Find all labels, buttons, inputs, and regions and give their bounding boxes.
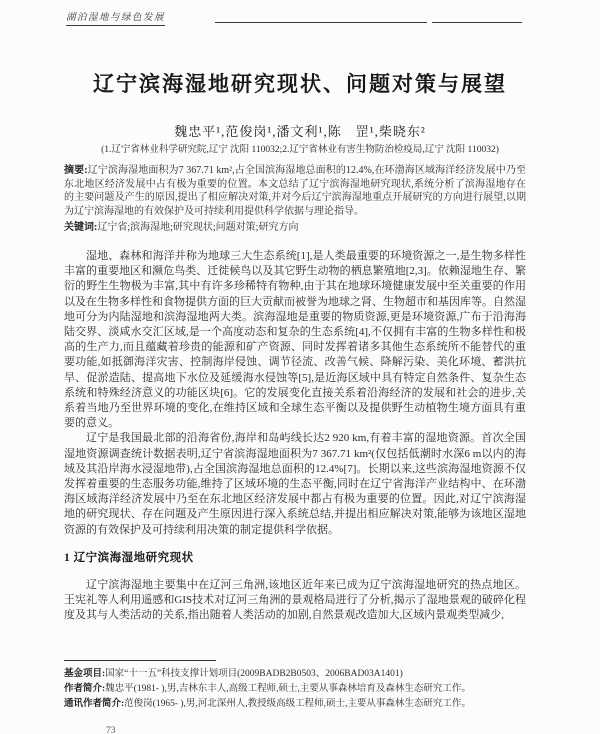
header-rule xyxy=(215,22,427,23)
author-bio-label: 作者简介: xyxy=(64,684,105,694)
affiliation-line: (1.辽宁省林业科学研究院,辽宁 沈阳 110032;2.辽宁省林业有害生物防治… xyxy=(0,141,600,155)
author-bio-line: 作者简介:魏忠平(1981- ),男,吉林东丰人,高级工程师,硕士,主要从事森林… xyxy=(64,682,526,697)
abstract-block: 摘要:辽宁滨海湿地面积为7 367.71 km²,占全国滨海湿地总面积的12.4… xyxy=(64,164,526,218)
journal-running-head: 湖泊湿地与绿色发展 xyxy=(66,9,165,26)
section-1-paragraph: 辽宁滨海湿地主要集中在辽河三角洲,该地区近年来已成为辽宁滨海湿地研究的热点地区。… xyxy=(64,578,526,624)
authors-line: 魏忠平¹,范俊岗¹,潘文利¹,陈 罡¹,柴晓东² xyxy=(0,121,600,140)
scanned-paper-page: 湖泊湿地与绿色发展 辽宁滨海湿地研究现状、问题对策与展望 魏忠平¹,范俊岗¹,潘… xyxy=(0,0,600,734)
section-1-heading: 1 辽宁滨海湿地研究现状 xyxy=(64,551,526,566)
author-bio-text: 魏忠平(1981- ),男,吉林东丰人,高级工程师,硕士,主要从事森林培育及森林… xyxy=(105,684,471,694)
fund-label: 基金项目: xyxy=(64,669,105,679)
keywords-block: 关键词:辽宁省;滨海湿地;研究现状;问题对策;研究方向 xyxy=(64,221,526,235)
article-body: 湿地、森林和海洋并称为地球三大生态系统[1],是人类最重要的环境资源之一,是生物… xyxy=(64,249,526,624)
keywords-text: 辽宁省;滨海湿地;研究现状;问题对策;研究方向 xyxy=(97,222,298,233)
header-rule xyxy=(432,22,522,23)
abstract-label: 摘要: xyxy=(64,165,88,176)
footnotes-block: 基金项目:国家“十一五”科技支撑计划项目(2009BADB2B0503、2006… xyxy=(64,667,526,711)
page-title: 辽宁滨海湿地研究现状、问题对策与展望 xyxy=(0,68,600,98)
keywords-label: 关键词: xyxy=(64,222,97,233)
intro-paragraph-2: 辽宁是我国最北部的沿海省份,海岸和岛屿线长达2 920 km,有着丰富的湿地资源… xyxy=(64,431,526,537)
fund-line: 基金项目:国家“十一五”科技支撑计划项目(2009BADB2B0503、2006… xyxy=(64,667,526,682)
intro-paragraph-1: 湿地、森林和海洋并称为地球三大生态系统[1],是人类最重要的环境资源之一,是生物… xyxy=(64,249,526,431)
corresponding-bio-text: 范俊岗(1965- ),男,河北深州人,教授级高级工程师,硕士,主要从事森林生态… xyxy=(124,699,471,709)
footnote-divider xyxy=(64,660,216,661)
abstract-text: 辽宁滨海湿地面积为7 367.71 km²,占全国滨海湿地总面积的12.4%,在… xyxy=(64,165,526,217)
page-number: 73 xyxy=(106,726,116,734)
fund-text: 国家“十一五”科技支撑计划项目(2009BADB2B0503、2006BAD03… xyxy=(105,669,403,679)
corresponding-bio-line: 通讯作者简介:范俊岗(1965- ),男,河北深州人,教授级高级工程师,硕士,主… xyxy=(64,697,526,712)
corresponding-bio-label: 通讯作者简介: xyxy=(64,699,124,709)
